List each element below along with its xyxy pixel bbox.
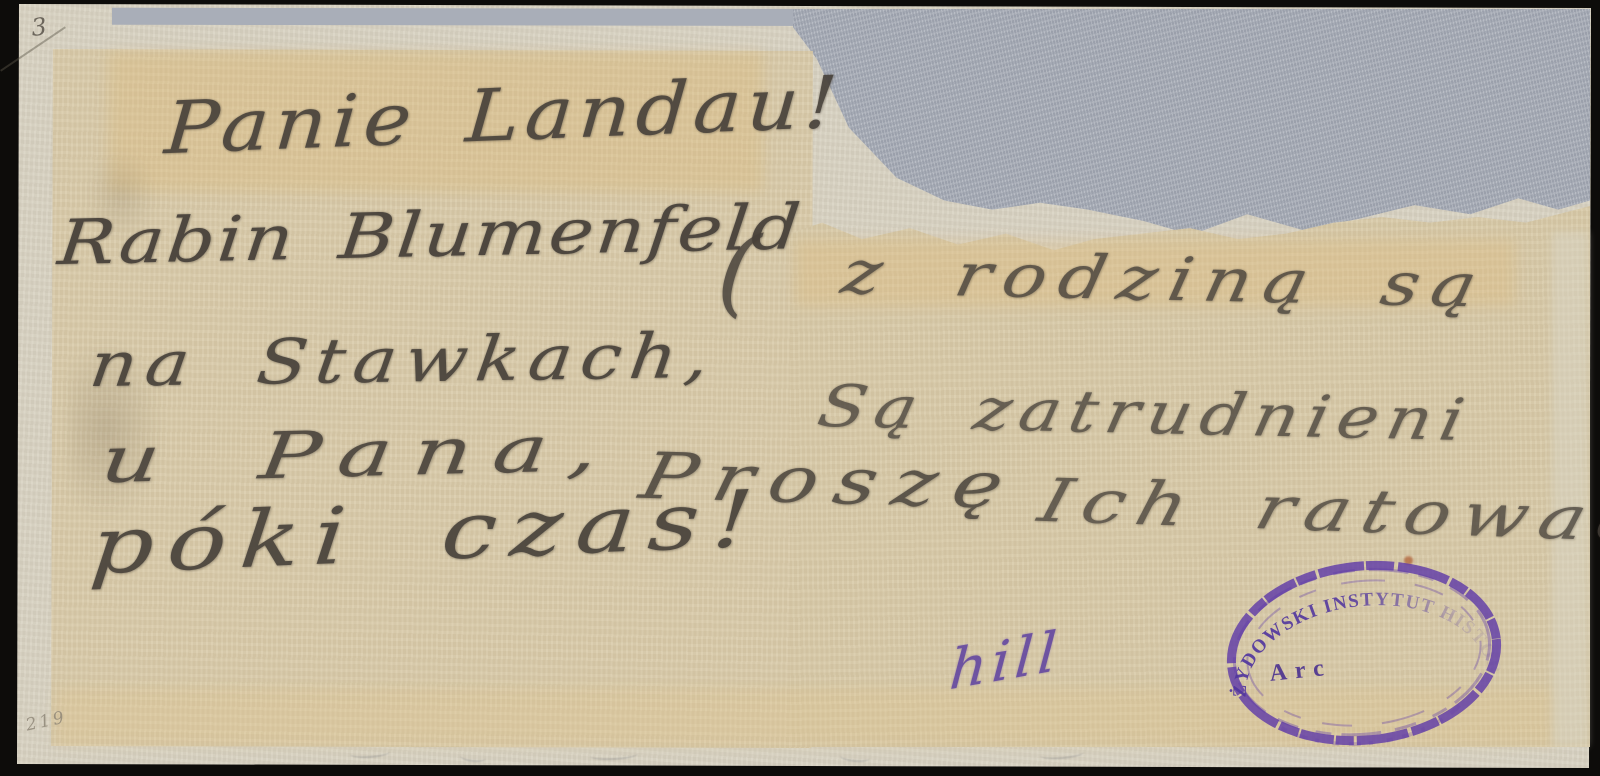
scanned-document: Panie Landau! Rabin Blumenfeld ( z rodzi…	[0, 0, 1600, 776]
handwriting-line-2-right: z rodziną są	[836, 238, 1495, 322]
handwriting-line-3-left: na Stawkach,	[86, 319, 721, 401]
stamp-center-text: Arc	[1268, 655, 1333, 687]
handwriting-line-3-right: Są zatrudnieni	[812, 372, 1478, 454]
stamp-bottom-remnant	[1281, 705, 1463, 752]
page-number-mark: 3	[30, 12, 48, 41]
archival-stamp: ŻYDOWSKI INSTYTUT HISTORYCZNY Arc	[1197, 527, 1530, 776]
